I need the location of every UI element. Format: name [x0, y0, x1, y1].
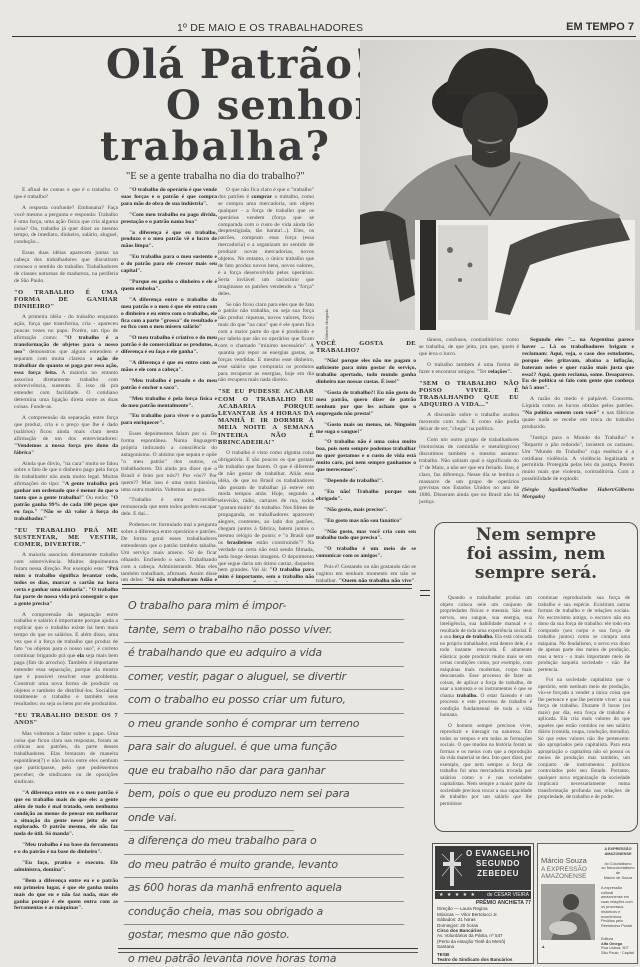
- paragraph: O que não fica claro é que o "trabalho" …: [218, 187, 314, 298]
- handwritten-line: condução cheia, mas sou obrigado a: [124, 902, 404, 926]
- quote: "Não gosto, mais preciso".: [316, 507, 416, 514]
- stars-icon: ★ ★ ★ ★ ★: [439, 891, 476, 899]
- bold-quote: "Depende do trabalho!".: [324, 478, 384, 484]
- text-span: o trabalho, como se compra uma mercadori…: [218, 194, 314, 297]
- quote: "Não! porque eles não me pagam o suficie…: [316, 358, 416, 386]
- theater-ad-banner: O EVANGELHO SEGUNDO ZEBEDEU: [435, 846, 531, 890]
- section-heading: "SE EU PUDESSE ACABAR COM O TRABALHO EU …: [218, 388, 314, 446]
- company-name: Teatro do Sindicato dos Bancários: [437, 957, 512, 962]
- publisher-name: Alfa Omega: [601, 942, 622, 946]
- byline: (Sérgio Squilanti/Nadine Habert/Gilberto…: [522, 487, 634, 501]
- handwritten-line: comer, vestir, pagar o aluguel, se diver…: [124, 667, 404, 691]
- quote: "Eu gosto mas não sou fanático": [316, 518, 416, 525]
- paragraph: Pois é! Gostando ou não gostando não se …: [316, 564, 416, 582]
- article-column-2: "O trabalho do operário é que vende suas…: [121, 187, 217, 582]
- handwritten-line: as 600 horas da manhã enfrento aquela: [124, 878, 404, 902]
- paragraph: A resposta confunde? Embanana? Faça você…: [14, 205, 118, 246]
- article-column-3: O que não fica claro é que o "trabalho" …: [218, 187, 314, 582]
- section-heading: "EU TRABALHO PRÁ ME SUSTENTAR, ME VESTIR…: [14, 527, 118, 549]
- bold-quote: "Não gosto, mais preciso".: [324, 507, 387, 513]
- sidebar-box: Nem sempre foi assim, nem sempre será. Q…: [434, 522, 638, 832]
- quote: "A diferença entre o trabalho do meu pat…: [121, 297, 217, 332]
- section-heading: "O TRABALHO É UMA FORMA DE GANHAR DINHEI…: [14, 289, 118, 311]
- worker-photo-illustration: [360, 40, 640, 330]
- paragraph: Essas duas idéias aparecem juntas na cab…: [14, 250, 118, 285]
- play-title-line: ZEBEDEU: [465, 869, 531, 879]
- play-title-line: SEGUNDO: [465, 859, 531, 869]
- bold-quote: "Meu trabalho é pesado e do meu patrão é…: [121, 378, 217, 391]
- publisher-city: São Paulo · Capital: [601, 951, 635, 956]
- text-span: A maioria associou diretamente trabalho …: [14, 552, 118, 572]
- paragraph: E afinal de contas o que é o trabalho. O…: [14, 187, 118, 201]
- play-title-line: O EVANGELHO: [465, 849, 531, 859]
- sidebar-title-line: sempre será.: [435, 564, 637, 583]
- quote: "Eu trabalho para viver e o patrão para …: [121, 413, 217, 427]
- text-span: Podemos ter formulado mal a pergunta sob…: [121, 522, 217, 582]
- quote: "O trabalho do operário é que vende suas…: [121, 187, 217, 208]
- handwritten-line: para sair do aluguel. é que uma função: [124, 737, 404, 761]
- book-summary: A expressão cultural amazonense em suas …: [601, 886, 635, 920]
- paragraph: Foi na sociedade capitalista que o operá…: [538, 677, 630, 801]
- company-acronym: TESB: [437, 952, 449, 957]
- bold-quote: "Eu não! Trabalho porque sou obrigado".: [316, 489, 416, 502]
- bold-quote: "O trabalho do operário é que vende suas…: [121, 187, 217, 207]
- paragraph: A discussão sobre o trabalho acabou mexe…: [419, 412, 519, 433]
- paragraph: A maioria associou diretamente trabalho …: [14, 552, 118, 607]
- book-side-title: A EXPRESSÃO AMAZONENSE: [604, 847, 631, 856]
- quote: "Meu trabalho é na base da ferramenta e …: [14, 842, 118, 856]
- quote: "Gosta de trabalho?! Eu não gosto do meu…: [316, 390, 416, 418]
- handwritten-note: O trabalho para mim é impor- tante, sem …: [124, 596, 414, 956]
- newspaper-page: 1º DE MAIO E OS TRABALHADORES EM TEMPO 7…: [0, 0, 640, 967]
- handwritten-line: o meu grande sonho é comprar um terreno: [124, 714, 404, 738]
- bold-quote: "A diferença entre eu e o meu patrão é q…: [14, 790, 118, 837]
- quote: "Porque eu ganho o dinheiro e ele é quem…: [121, 279, 217, 293]
- sidebar-title: Nem sempre foi assim, nem sempre será.: [435, 526, 637, 583]
- quote: "a diferença é que eu trabalho, produzo …: [121, 230, 217, 251]
- quote: "Gosto mais ou menos, né. Ninguém me sug…: [316, 422, 416, 436]
- paragraph: Com um outro grupo de trabalhadores (mot…: [419, 437, 519, 506]
- play-author: de CÉSAR VIEIRA: [487, 892, 529, 898]
- paragraph: Ainda que óbvio, "na cara" muito se falo…: [14, 461, 118, 523]
- book-title-line: AMAZONENSE: [541, 873, 601, 880]
- bold-quote: "Prá mim o trabalho significa levantar c…: [14, 566, 118, 607]
- quote: "A diferença é que eu entro com as mãos …: [121, 360, 217, 374]
- publisher-logo: ▲: [541, 944, 545, 949]
- text-span: seja mais bem paga (fim do arrocho). Tam…: [14, 653, 118, 707]
- handwritten-line: O trabalho para mim é impor-: [124, 596, 404, 620]
- text-span: Ela está colocada no próprio trabalhador…: [440, 634, 532, 699]
- paragraph: A compreensão da separação entre força q…: [14, 415, 118, 456]
- article-column-6: Segundo eles "... na Argentina parece ha…: [522, 337, 634, 552]
- running-head: 1º DE MAIO E OS TRABALHADORES EM TEMPO 7: [12, 20, 636, 37]
- paragraph: Podemos ter formulado mal a pergunta sob…: [121, 522, 217, 582]
- text-span: A maioria no entanto associou diretament…: [14, 370, 118, 411]
- handwritten-line: é trabalhando que eu adquiro a vida: [124, 643, 404, 667]
- section-title: 1º DE MAIO E OS TRABALHADORES: [177, 22, 363, 34]
- handwritten-line: com o trabalho eu posso criar um futuro,: [124, 690, 404, 714]
- subheadline: "E se a gente trabalha no dia do trabalh…: [126, 171, 305, 182]
- sidebar-column-1: Quando o trabalhador produz um objeto co…: [440, 595, 532, 827]
- book-ad: Márcio Souza A EXPRESSÃO AMAZONENSE ▲ A …: [537, 843, 638, 964]
- quote: "Com meu trabalho eu pago dívida, presta…: [121, 212, 217, 226]
- handwritten-line: bem, pois o que eu produzo nem sei para: [124, 784, 404, 808]
- paragraph: Esses depoimentos falam por si. De forma…: [121, 431, 217, 493]
- venue-name: Circo dos Bancários: [437, 928, 482, 933]
- bold-quote: "Não! porque eles não me pagam o suficie…: [316, 358, 416, 385]
- bold-quote: "Meu trabalho é pela força física e do m…: [121, 396, 217, 409]
- bold-quote: "Eu trabalho para viver e o patrão para …: [121, 413, 217, 426]
- handwritten-line: que eu trabalho não dar para ganhar: [124, 761, 404, 785]
- divider-mark: [420, 590, 430, 596]
- sidebar-title-line: foi assim, nem: [435, 545, 637, 564]
- play-title: O EVANGELHO SEGUNDO ZEBEDEU: [465, 849, 531, 879]
- section-heading: VOCÊ GOSTA DE TRABALHO?: [316, 340, 416, 354]
- bold-quote: Segundo eles "... na Argentina parece ha…: [522, 337, 634, 391]
- handwritten-line: gostar, mesmo que não gosto.: [124, 925, 404, 949]
- bold-word: ela: [77, 653, 84, 659]
- article-column-5: tâneos, confusos, contraditórios: como s…: [419, 337, 519, 515]
- quote: "O trabalho não é uma coisa muito boa, p…: [316, 439, 416, 474]
- bold-quote: "O trabalho é um meio de se comunicar co…: [316, 546, 416, 559]
- quote: "A diferença entre eu e o meu patrão é q…: [14, 790, 118, 838]
- text-span: Ou então:: [84, 495, 110, 501]
- bold-quote: "Gosto mais ou menos, né. Ninguém me sug…: [316, 422, 416, 435]
- quote: "O meu trabalho é criativo e do meu patr…: [121, 335, 217, 356]
- quote: "Eu não! Trabalho porque sou obrigado".: [316, 489, 416, 503]
- article-column-1: E afinal de contas o que é o trabalho. O…: [14, 187, 118, 957]
- bold-word: relações".: [488, 369, 512, 375]
- bold-quote: "a diferença é que eu trabalho, produzo …: [121, 230, 217, 250]
- book-cover-image: [541, 884, 595, 940]
- article-column-4: VOCÊ GOSTA DE TRABALHO? "Não! porque ele…: [316, 337, 416, 582]
- paragraph: O trabalho também é uma forma de fazer e…: [419, 362, 519, 376]
- paragraph: Quando o trabalhador produz um objeto co…: [440, 595, 532, 719]
- section-divider: [122, 584, 412, 589]
- quote: "Meu trabalho é pesado e do meu patrão é…: [121, 378, 217, 392]
- book-side-author: Márcio de Souza: [601, 876, 635, 881]
- book-title: A EXPRESSÃO AMAZONENSE: [541, 866, 601, 880]
- bold-quote: "Eu faço, pratico e executo. Ele adminis…: [14, 860, 118, 873]
- bold-quote: "Porque eu ganho o dinheiro e ele é quem…: [121, 279, 217, 292]
- bold-quote: "Vendemos a nossa força pro dono da fábr…: [14, 443, 118, 456]
- book-title-line: A EXPRESSÃO: [541, 866, 601, 873]
- quote: "Eu trabalho para o meu sustento e o do …: [121, 254, 217, 275]
- bold-quote: "Com meu trabalho eu pago dívida, presta…: [121, 212, 217, 225]
- text-span: O trabalho é visto como alguma coisa obr…: [218, 450, 314, 546]
- bold-word: trabalho.: [457, 693, 478, 699]
- handwritten-line: tante, sem o trabalho não posso viver.: [124, 620, 404, 644]
- worker-photo: [360, 40, 640, 330]
- paragraph: O homem sempre precisou viver, reproduzi…: [440, 723, 532, 808]
- text-span: A compreensão da separação entre trabalh…: [14, 612, 118, 659]
- section-heading: "EU TRABALHO DESDE OS 7 ANOS": [14, 712, 118, 726]
- edition-label: EM TEMPO 7: [566, 21, 634, 33]
- bold-quote: "O meu trabalho é criativo e do meu patr…: [121, 335, 217, 355]
- bold-quote: "Meu trabalho é na base da ferramenta e …: [14, 842, 118, 855]
- bold-quote: "Eu trabalho para o meu sustento e o do …: [121, 254, 217, 274]
- paragraph: tâneos, confusos, contraditórios: como s…: [419, 337, 519, 358]
- quote: "Não gosto, mas você cria com seu trabal…: [316, 529, 416, 543]
- paragraph: Segundo eles "... na Argentina parece ha…: [522, 337, 634, 392]
- bold-quote: "Não gosto, mas você cria com seu trabal…: [316, 529, 416, 542]
- bold-quote: "A diferença entre o trabalho do meu pat…: [121, 297, 217, 331]
- play-author-bar: ★ ★ ★ ★ ★ de CÉSAR VIEIRA: [435, 891, 531, 899]
- quote: "Meu trabalho é pela força física e do m…: [121, 396, 217, 410]
- handwritten-line: a diferença do meu trabalho para o: [124, 831, 404, 855]
- paragraph: A compreensão da separação entre trabalh…: [14, 612, 118, 709]
- text-span: A compreensão da separação entre força q…: [14, 415, 118, 442]
- play-info: PRÊMIO ANCHIETA 77 Direção — Laura Regin…: [437, 901, 531, 962]
- paragraph: A razão do medo é palpável. Concreta. Lí…: [522, 396, 634, 431]
- paragraph: A primeira idéia - do trabalho enquanto …: [14, 314, 118, 411]
- bold-quote: "Quem não trabalha não vive": [339, 578, 415, 582]
- photo-credit: Gilberto Morgado: [324, 300, 332, 340]
- bold-quote: "Na política somem com você": [522, 410, 599, 416]
- bold-quote: "Bem a diferença entre eu e o patrão em …: [14, 878, 118, 912]
- paragraph: "Justiça para o Mundo do Trabalho" e "Re…: [522, 435, 634, 483]
- text-span: A razão do medo é palpável. Concreta. Lí…: [522, 396, 634, 409]
- cross-icon: [441, 850, 463, 888]
- paragraph: continuar reproduzindo sua força de trab…: [538, 595, 630, 673]
- quote: "Eu faço, pratico e executo. Ele adminis…: [14, 860, 118, 874]
- section-heading: "SEM O TRABALHO NÃO POSSO VIVER. É TRABA…: [419, 380, 519, 409]
- book-order-info: Pedidos pelo Reembolso Postal: [601, 919, 635, 929]
- book-author: Márcio Souza: [541, 856, 601, 865]
- bold-word: força de trabalho.: [452, 634, 493, 640]
- bold-quote: "O trabalho não é uma coisa muito boa, p…: [316, 439, 416, 473]
- bottom-divider: [118, 948, 418, 953]
- book-description: A EXPRESSÃO AMAZONENSE do Colonialismo a…: [601, 847, 635, 929]
- paragraph: Mas voltemos a falar sobre o papo. Uma c…: [14, 731, 118, 786]
- quote: "Depende do trabalho!".: [316, 478, 416, 485]
- bold-quote: "Eu gosto mas não sou fanático": [324, 518, 402, 524]
- handwritten-line: do meu patrão é muito grande, levanto: [124, 855, 404, 879]
- venue-district: Santana: [437, 944, 531, 949]
- bold-word: comprar: [251, 194, 272, 200]
- bold-word: brasileiros: [227, 540, 252, 546]
- quote: "O trabalho é um meio de se comunicar co…: [316, 546, 416, 560]
- sidebar-column-2: continuar reproduzindo sua força de trab…: [538, 595, 630, 827]
- handwritten-line: onde vai.: [124, 808, 294, 832]
- quote: "Trabalho é uma escravidão remunerada qu…: [121, 497, 217, 518]
- publisher-info: Editora Alfa Omega Rua Lisboa, 507 São P…: [601, 937, 635, 955]
- sidebar-title-line: Nem sempre: [435, 526, 637, 545]
- paragraph: O trabalho é visto como alguma coisa obr…: [218, 450, 314, 582]
- theater-ad: O EVANGELHO SEGUNDO ZEBEDEU ★ ★ ★ ★ ★ de…: [432, 843, 534, 964]
- paragraph: Se não ficou claro para eles que de fato…: [218, 302, 314, 385]
- bold-quote: "Gosta de trabalho?! Eu não gosto do meu…: [316, 390, 416, 417]
- book-cover-illustration: [541, 884, 595, 940]
- quote: "Bem a diferença entre eu e o patrão em …: [14, 878, 118, 913]
- bold-quote: "A diferença é que eu entro com as mãos …: [121, 360, 217, 373]
